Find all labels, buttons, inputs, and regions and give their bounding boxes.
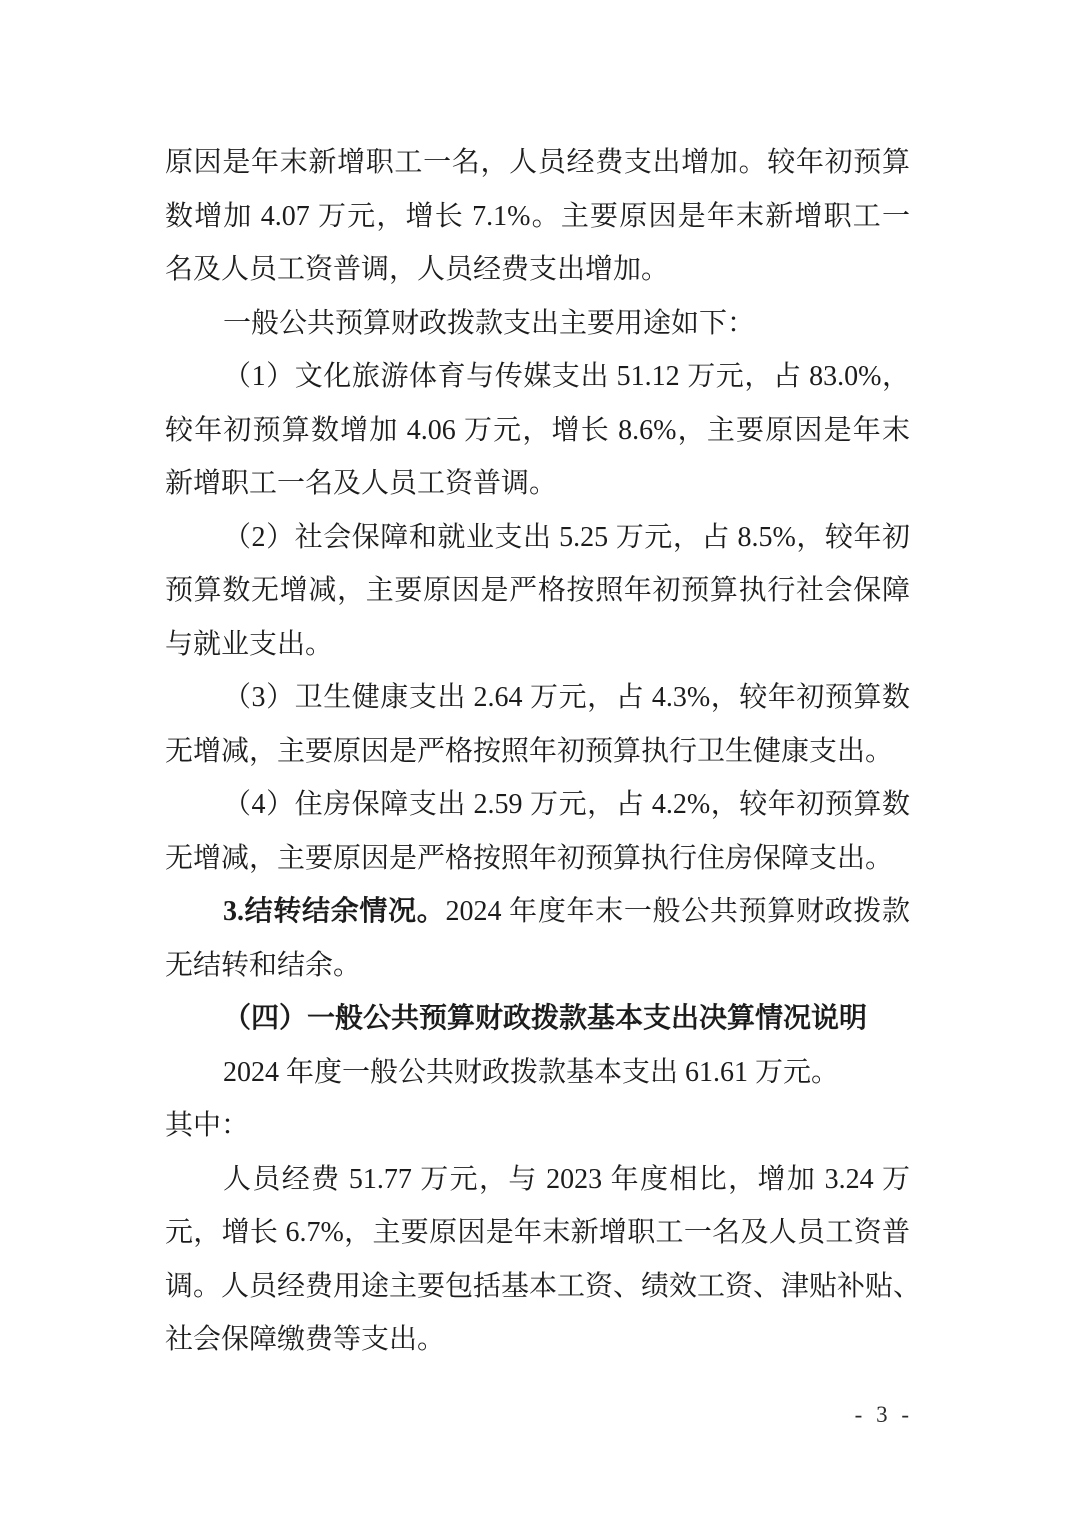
- run-text: 2024 年度年末一般公共预算财政拨款: [445, 896, 910, 927]
- document-body: 原因是年末新增职工一名，人员经费支出增加。较年初预算 数增加 4.07 万元，增…: [165, 136, 910, 1367]
- text-line: 其中：: [165, 1099, 910, 1153]
- text-line: 数增加 4.07 万元，增长 7.1%。主要原因是年末新增职工一: [165, 190, 910, 244]
- paragraph: （3）卫生健康支出 2.64 万元，占 4.3%，较年初预算数 无增减，主要原因…: [165, 671, 910, 778]
- paragraph: 原因是年末新增职工一名，人员经费支出增加。较年初预算 数增加 4.07 万元，增…: [165, 136, 910, 297]
- text-line: 无增减，主要原因是严格按照年初预算执行住房保障支出。: [165, 832, 910, 886]
- text-line: 无结转和结余。: [165, 939, 910, 993]
- text-line: 一般公共预算财政拨款支出主要用途如下：: [165, 297, 910, 351]
- text-line: 3.结转结余情况。2024 年度年末一般公共预算财政拨款: [165, 885, 910, 939]
- text-line: 社会保障缴费等支出。: [165, 1313, 910, 1367]
- text-line: 新增职工一名及人员工资普调。: [165, 457, 910, 511]
- paragraph: 其中：: [165, 1099, 910, 1153]
- page-number: - 3 -: [0, 1402, 913, 1428]
- text-line: 预算数无增减，主要原因是严格按照年初预算执行社会保障: [165, 564, 910, 618]
- paragraph: 一般公共预算财政拨款支出主要用途如下：: [165, 297, 910, 351]
- text-line: 原因是年末新增职工一名，人员经费支出增加。较年初预算: [165, 136, 910, 190]
- run-heading-bold: 3.结转结余情况。: [223, 896, 445, 927]
- paragraph: 2024 年度一般公共财政拨款基本支出 61.61 万元。: [165, 1046, 910, 1100]
- text-line: （4）住房保障支出 2.59 万元，占 4.2%，较年初预算数: [165, 778, 910, 832]
- section-heading: （四）一般公共预算财政拨款基本支出决算情况说明: [165, 992, 910, 1046]
- text-line: （2）社会保障和就业支出 5.25 万元，占 8.5%，较年初: [165, 511, 910, 565]
- paragraph: （四）一般公共预算财政拨款基本支出决算情况说明: [165, 992, 910, 1046]
- text-line: 较年初预算数增加 4.06 万元，增长 8.6%，主要原因是年末: [165, 404, 910, 458]
- paragraph: （1）文化旅游体育与传媒支出 51.12 万元，占 83.0%， 较年初预算数增…: [165, 350, 910, 511]
- text-line: （1）文化旅游体育与传媒支出 51.12 万元，占 83.0%，: [165, 350, 910, 404]
- text-line: 与就业支出。: [165, 618, 910, 672]
- text-line: 调。人员经费用途主要包括基本工资、绩效工资、津贴补贴、: [165, 1260, 910, 1314]
- text-line: 名及人员工资普调，人员经费支出增加。: [165, 243, 910, 297]
- text-line: 2024 年度一般公共财政拨款基本支出 61.61 万元。: [165, 1046, 910, 1100]
- document-page: 原因是年末新增职工一名，人员经费支出增加。较年初预算 数增加 4.07 万元，增…: [0, 0, 1075, 1520]
- paragraph: （2）社会保障和就业支出 5.25 万元，占 8.5%，较年初 预算数无增减，主…: [165, 511, 910, 672]
- paragraph: （4）住房保障支出 2.59 万元，占 4.2%，较年初预算数 无增减，主要原因…: [165, 778, 910, 885]
- text-line: 人员经费 51.77 万元，与 2023 年度相比，增加 3.24 万: [165, 1153, 910, 1207]
- text-line: 元，增长 6.7%，主要原因是年末新增职工一名及人员工资普: [165, 1206, 910, 1260]
- text-line: （3）卫生健康支出 2.64 万元，占 4.3%，较年初预算数: [165, 671, 910, 725]
- paragraph: 人员经费 51.77 万元，与 2023 年度相比，增加 3.24 万 元，增长…: [165, 1153, 910, 1367]
- text-line: 无增减，主要原因是严格按照年初预算执行卫生健康支出。: [165, 725, 910, 779]
- paragraph: 3.结转结余情况。2024 年度年末一般公共预算财政拨款 无结转和结余。: [165, 885, 910, 992]
